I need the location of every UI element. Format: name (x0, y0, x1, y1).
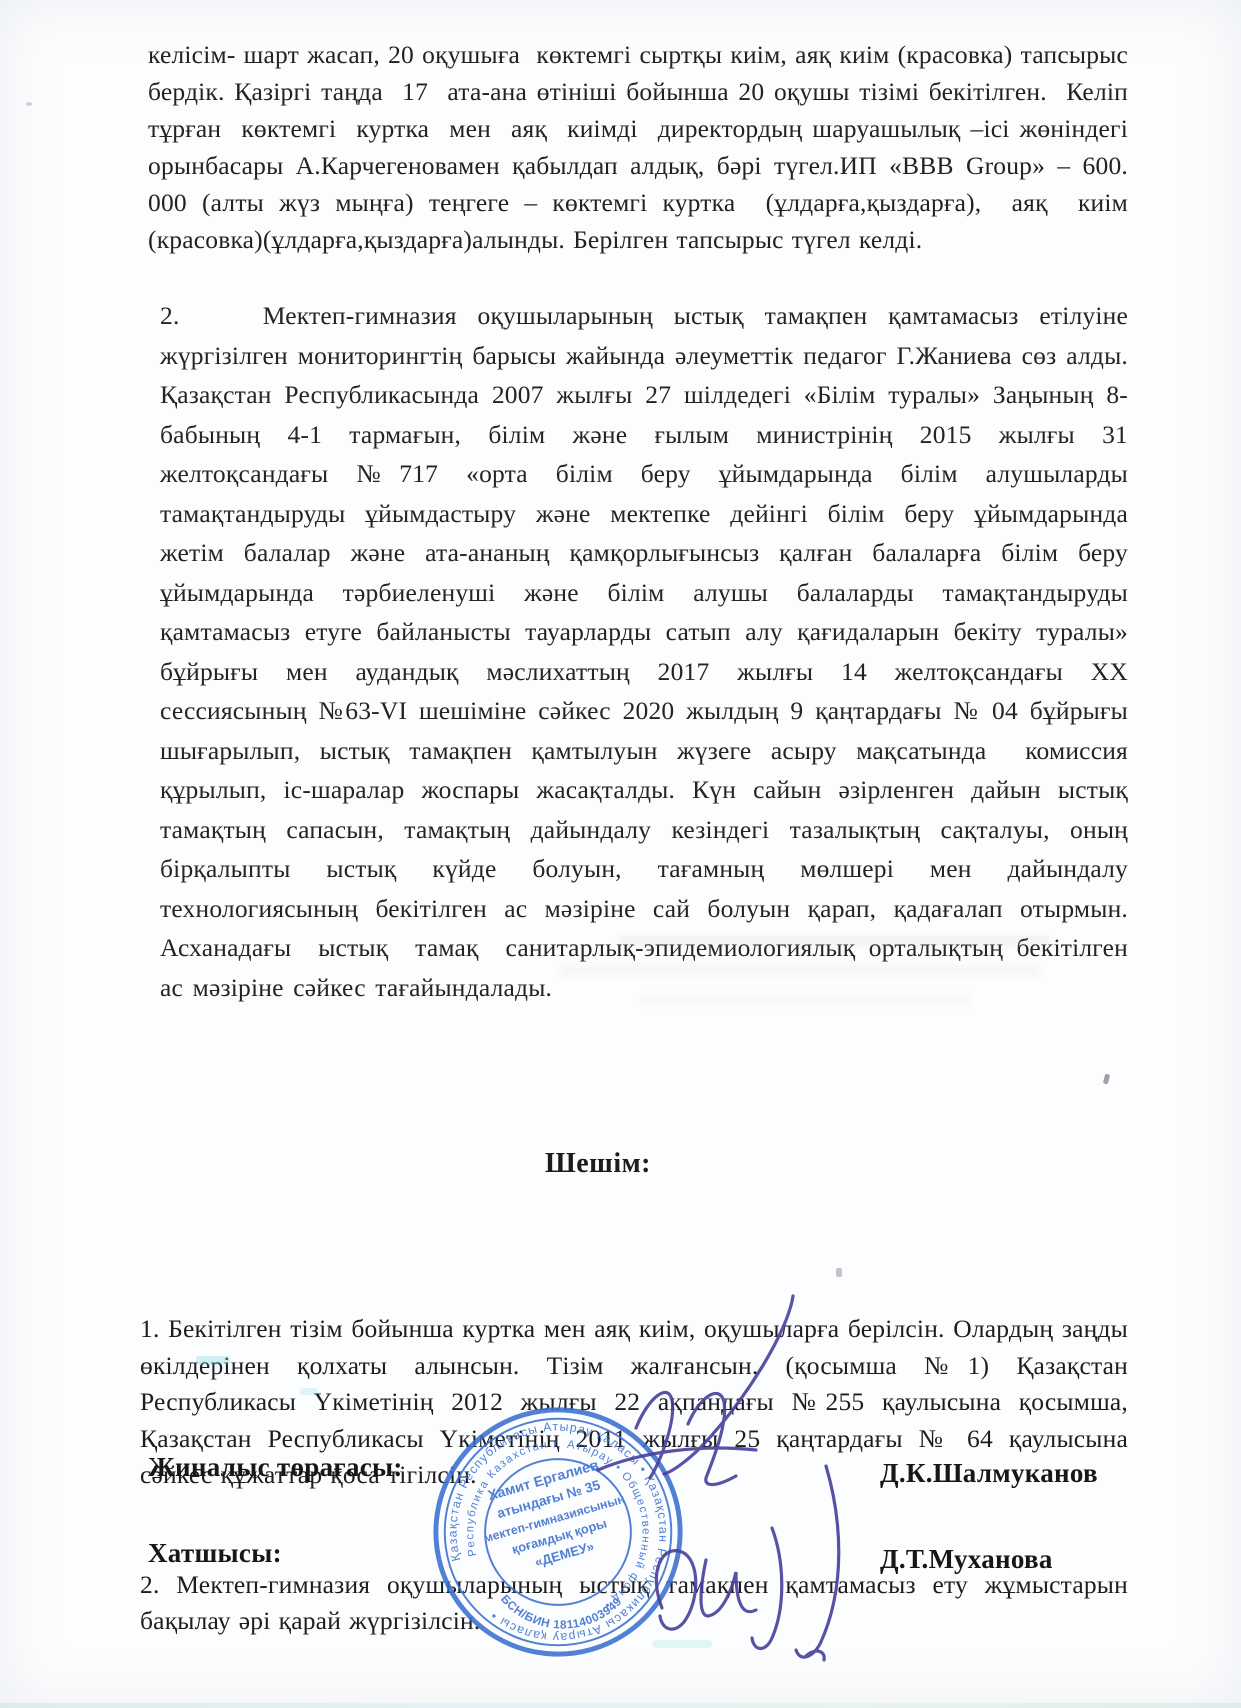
chairman-label: Жиналыс төрағасы: (148, 1452, 403, 1483)
scan-speck (1103, 1074, 1110, 1085)
bleed-through-mark (620, 935, 1050, 947)
scan-bottom-edge (0, 1703, 1241, 1708)
scan-speck (300, 1388, 318, 1395)
scan-speck (652, 1640, 712, 1648)
bleed-through-mark (560, 965, 1040, 976)
paragraph-2: 2. Мектеп-гимназия оқушыларының ыстық та… (160, 296, 1128, 1007)
scan-speck (26, 102, 32, 106)
secretary-label: Хатшысы: (148, 1538, 282, 1569)
scan-speck (836, 1268, 842, 1277)
paragraph-1: келісім- шарт жасап, 20 оқушыға көктемгі… (148, 36, 1128, 258)
scan-speck (196, 1356, 230, 1365)
secretary-name: Д.Т.Муханова (880, 1544, 1053, 1575)
decision-heading: Шешім: (148, 1148, 1048, 1180)
bleed-through-mark (640, 995, 970, 1005)
official-stamp: Қазақстан Республикасы Атырау қаласы • Қ… (430, 1398, 686, 1666)
chairman-name: Д.К.Шалмуканов (880, 1458, 1098, 1489)
stamp-graphic: Қазақстан Республикасы Атырау қаласы • Қ… (430, 1398, 686, 1666)
scanned-document-page: келісім- шарт жасап, 20 оқушыға көктемгі… (0, 0, 1241, 1708)
